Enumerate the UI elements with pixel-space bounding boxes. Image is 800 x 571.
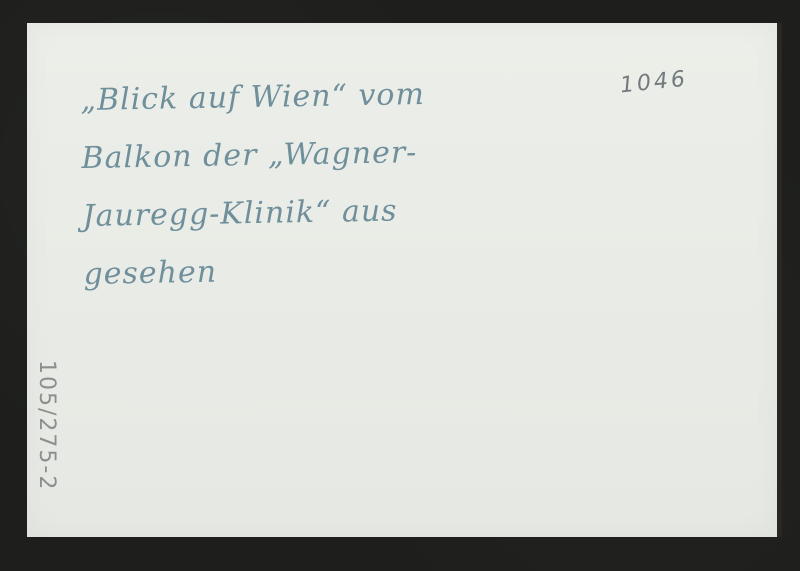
- caption-line: „Blick auf Wien“ vom: [80, 62, 661, 130]
- caption-line: gesehen: [83, 236, 664, 304]
- caption-line: Jauregg-Klinik“ aus: [82, 178, 663, 246]
- card-edge: [777, 23, 782, 537]
- handwritten-caption: „Blick auf Wien“ vom Balkon der „Wagner-…: [80, 62, 664, 304]
- caption-line: Balkon der „Wagner-: [81, 120, 662, 188]
- archive-number: 105/275-2: [29, 360, 59, 491]
